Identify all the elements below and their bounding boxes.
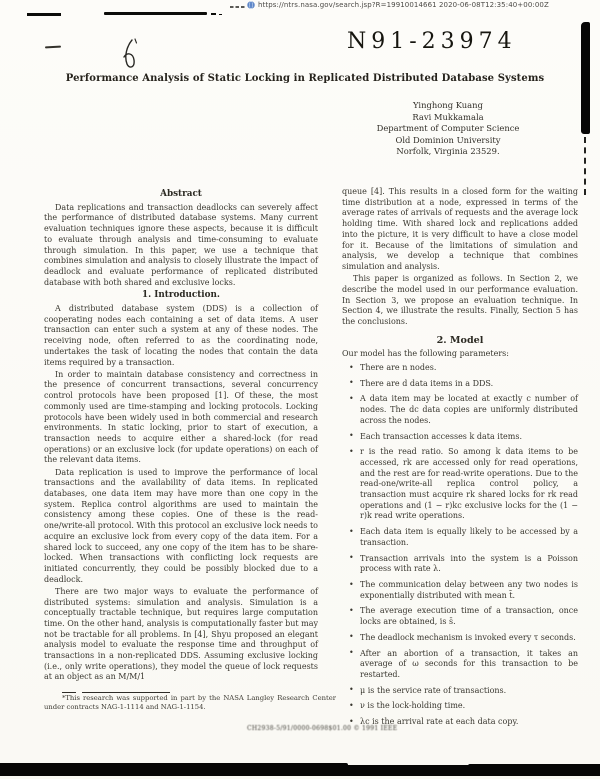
- scan-artifact-dashed-line: [584, 137, 586, 195]
- bullet-icon: •: [349, 632, 354, 643]
- model-parameter-item: •The communication delay between any two…: [349, 580, 578, 601]
- intro-paragraph: There are two major ways to evaluate the…: [44, 587, 318, 683]
- author-affiliation: Old Dominion University: [330, 135, 566, 147]
- intro-paragraph: Data replication is used to improve the …: [44, 468, 318, 586]
- author-affiliation: Department of Computer Science: [330, 123, 566, 135]
- model-parameter-text: The average execution time of a transact…: [360, 606, 578, 626]
- report-number: N91-23974: [347, 29, 517, 54]
- scanned-paper-page: https://ntrs.nasa.gov/search.jsp?R=19910…: [0, 0, 600, 779]
- model-lead: Our model has the following parameters:: [342, 349, 578, 360]
- bullet-icon: •: [349, 447, 354, 458]
- model-parameter-item: •There are d data items in a DDS.: [349, 379, 578, 390]
- abstract-text: Data replications and transaction deadlo…: [44, 203, 318, 289]
- author-name: Ravi Mukkamala: [330, 112, 566, 124]
- scan-artifact-line: [27, 13, 61, 16]
- right-column: queue [4]. This results in a closed form…: [342, 187, 578, 733]
- abstract-heading: Abstract: [44, 189, 318, 200]
- bullet-icon: •: [349, 378, 354, 389]
- model-parameter-text: The communication delay between any two …: [360, 580, 578, 600]
- scan-artifact-dashes: [230, 6, 245, 8]
- model-parameter-item: •Each transaction accesses k data items.: [349, 432, 578, 443]
- model-parameter-text: r is the read ratio. So among k data ite…: [360, 447, 578, 520]
- url-text[interactable]: https://ntrs.nasa.gov/search.jsp?R=19910…: [258, 1, 549, 9]
- model-parameter-text: Each transaction accesses k data items.: [360, 432, 522, 441]
- body-paragraph: This paper is organized as follows. In S…: [342, 274, 578, 328]
- bullet-icon: •: [349, 527, 354, 538]
- model-parameter-list: •There are n nodes. •There are d data it…: [342, 363, 578, 728]
- model-parameter-text: μ is the service rate of transactions.: [360, 686, 506, 695]
- model-parameter-item: •The deadlock mechanism is invoked every…: [349, 633, 578, 644]
- model-parameter-text: After an abortion of a transaction, it t…: [360, 649, 578, 679]
- scan-artifact-dot: [211, 13, 216, 15]
- copyright-line: CH2938-5/91/0000-0698$01.00 © 1991 IEEE: [247, 725, 397, 732]
- bullet-icon: •: [349, 363, 354, 374]
- pen-dash-mark: [45, 46, 61, 49]
- footnote: *This research was supported in part by …: [44, 694, 336, 713]
- model-parameter-item: •Each data item is equally likely to be …: [349, 527, 578, 548]
- model-parameter-text: ν is the lock-holding time.: [360, 701, 465, 710]
- globe-icon: [247, 1, 255, 9]
- model-parameter-item: •ν is the lock-holding time.: [349, 701, 578, 712]
- model-parameter-item: •μ is the service rate of transactions.: [349, 686, 578, 697]
- scan-artifact-bottom-bar: [0, 765, 600, 776]
- model-parameter-text: A data item may be located at exactly c …: [360, 394, 578, 424]
- model-parameter-item: •Transaction arrivals into the system is…: [349, 554, 578, 575]
- scan-artifact-dot: [219, 14, 222, 16]
- model-parameter-item: •There are n nodes.: [349, 363, 578, 374]
- model-parameter-text: There are d data items in a DDS.: [360, 379, 493, 388]
- model-parameter-text: The deadlock mechanism is invoked every …: [360, 633, 576, 642]
- bullet-icon: •: [349, 431, 354, 442]
- author-affiliation: Norfolk, Virginia 23529.: [330, 146, 566, 158]
- bullet-icon: •: [349, 648, 354, 659]
- bullet-icon: •: [349, 394, 354, 405]
- model-parameter-text: Each data item is equally likely to be a…: [360, 527, 578, 547]
- model-parameter-item: •After an abortion of a transaction, it …: [349, 649, 578, 681]
- bullet-icon: •: [349, 606, 354, 617]
- model-parameter-item: •A data item may be located at exactly c…: [349, 394, 578, 426]
- model-parameter-text: Transaction arrivals into the system is …: [360, 554, 578, 574]
- model-parameter-text: There are n nodes.: [360, 363, 436, 372]
- footnote-rule: [62, 692, 76, 693]
- introduction-heading: 1. Introduction.: [44, 290, 318, 301]
- bullet-icon: •: [349, 685, 354, 696]
- model-parameter-item: •r is the read ratio. So among k data it…: [349, 447, 578, 522]
- footnote-rule: [82, 692, 170, 693]
- scan-artifact-blob: [581, 22, 590, 134]
- intro-paragraph: A distributed database system (DDS) is a…: [44, 304, 318, 368]
- scan-artifact-bottom-bar: [0, 763, 348, 766]
- scan-artifact-bottom-bar: [468, 764, 600, 766]
- handwritten-mark: [118, 37, 144, 73]
- bullet-icon: •: [349, 701, 354, 712]
- paper-title: Performance Analysis of Static Locking i…: [48, 73, 562, 84]
- bullet-icon: •: [349, 580, 354, 591]
- pdf-header-url[interactable]: https://ntrs.nasa.gov/search.jsp?R=19910…: [247, 1, 549, 9]
- author-block: Yinghong Kuang Ravi Mukkamala Department…: [330, 100, 566, 158]
- left-column: Abstract Data replications and transacti…: [44, 187, 318, 685]
- model-heading: 2. Model: [342, 336, 578, 347]
- body-paragraph: queue [4]. This results in a closed form…: [342, 187, 578, 273]
- intro-paragraph: In order to maintain database consistenc…: [44, 370, 318, 466]
- bullet-icon: •: [349, 553, 354, 564]
- author-name: Yinghong Kuang: [330, 100, 566, 112]
- model-parameter-item: •The average execution time of a transac…: [349, 606, 578, 627]
- footnote-text: *This research was supported in part by …: [44, 694, 336, 713]
- scan-artifact-line: [104, 12, 207, 15]
